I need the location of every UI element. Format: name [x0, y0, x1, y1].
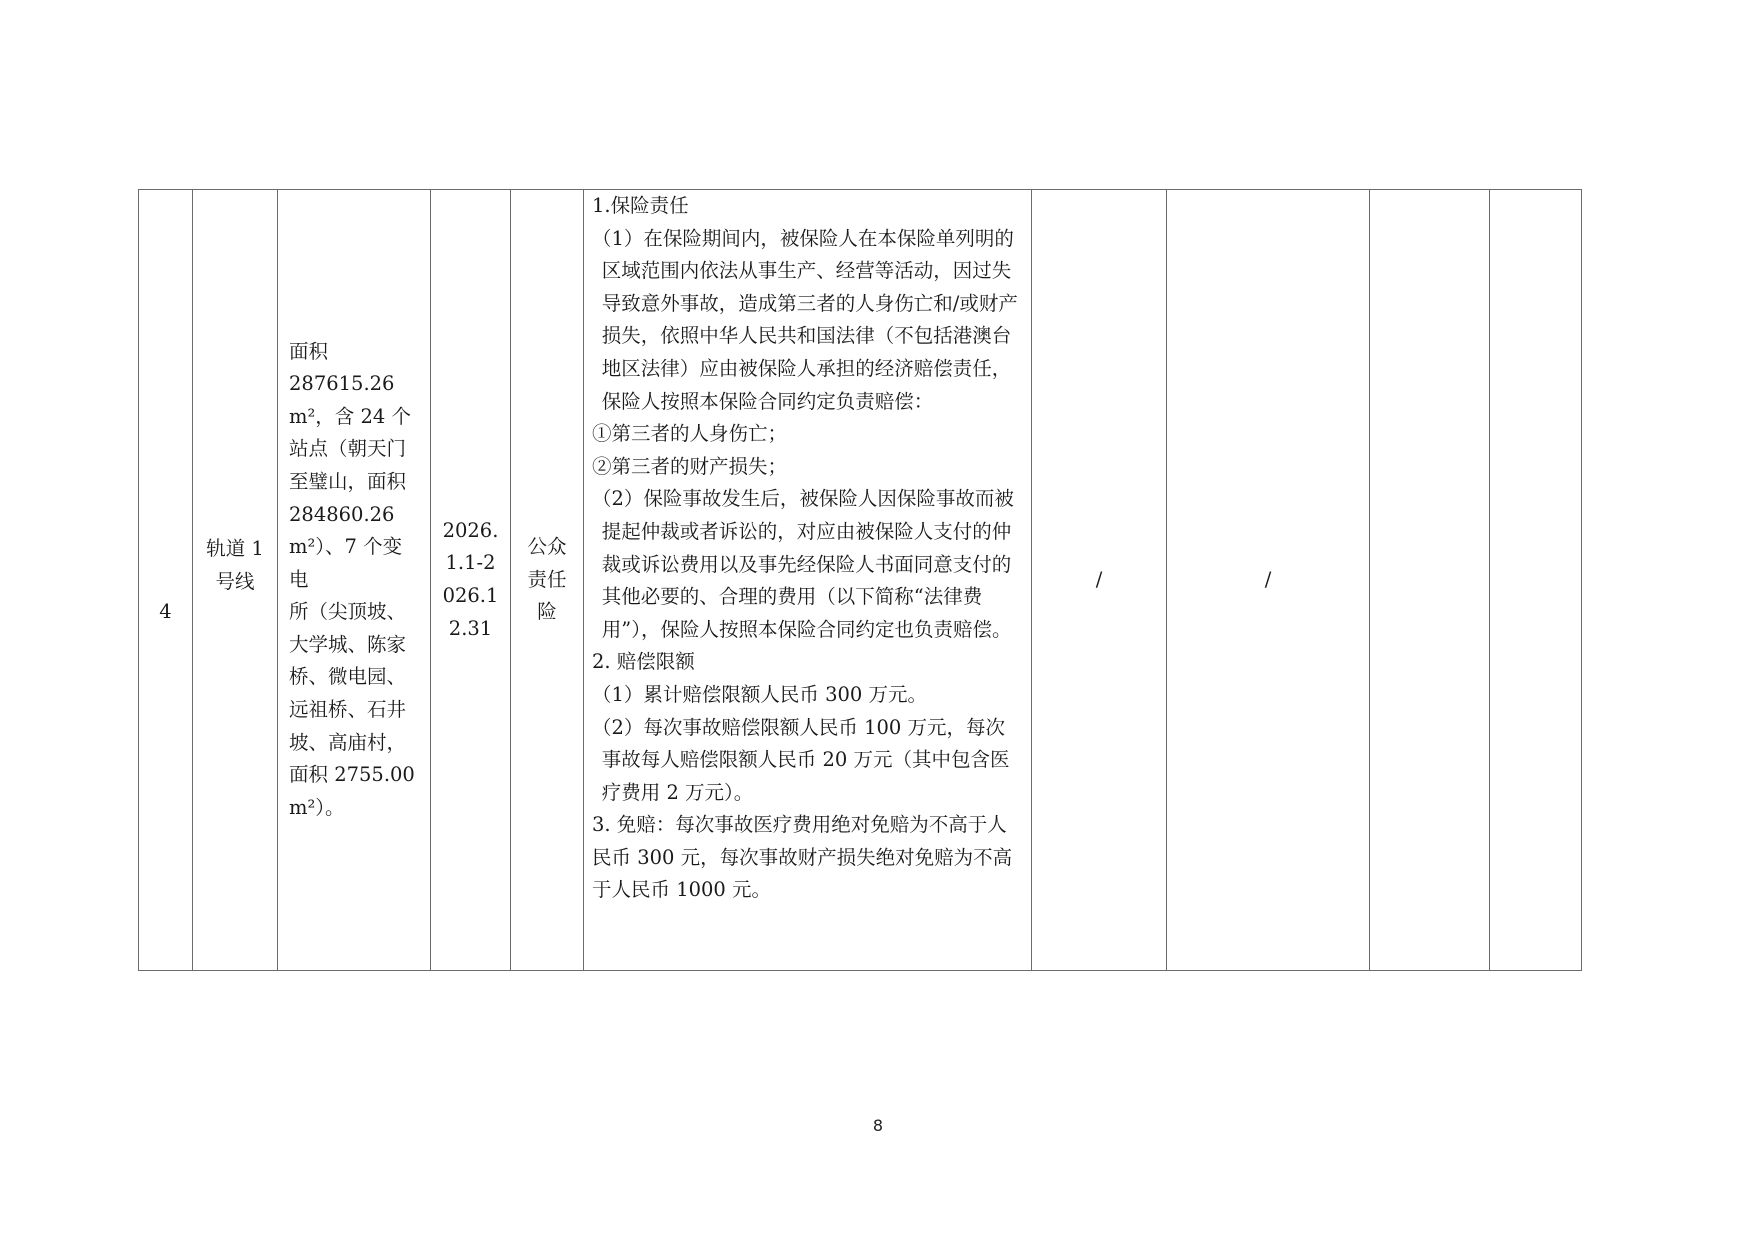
terms-paragraph: （1）在保险期间内，被保险人在本保险单列明的区域范围内依法从事生产、经营等活动，…: [592, 223, 1023, 419]
area-line: m²，含 24 个: [289, 401, 420, 434]
terms-paragraph: 3. 免赔：每次事故医疗费用绝对免赔为不高于人民币 300 元，每次事故财产损失…: [592, 809, 1023, 907]
column-8-cell: /: [1167, 190, 1370, 971]
table-row: 4 轨道 1 号线 面积 287615.26 m²，含 24 个 站点（朝天门 …: [139, 190, 1582, 971]
terms-paragraph: （2）每次事故赔偿限额人民币 100 万元，每次事故每人赔偿限额人民币 20 万…: [592, 712, 1023, 810]
area-line: 面积 2755.00: [289, 759, 420, 792]
insurance-period-cell: 2026. 1.1-2 026.1 2.31: [431, 190, 511, 971]
area-line: 面积: [289, 336, 420, 369]
terms-item: ①第三者的人身伤亡；: [592, 418, 1023, 451]
terms-item: ②第三者的财产损失；: [592, 451, 1023, 484]
project-name-line-2: 号线: [193, 566, 277, 599]
insurance-table: 4 轨道 1 号线 面积 287615.26 m²，含 24 个 站点（朝天门 …: [138, 189, 1582, 971]
project-name-cell: 轨道 1 号线: [193, 190, 278, 971]
terms-paragraph: （2）保险事故发生后，被保险人因保险事故而被提起仲裁或者诉讼的，对应由被保险人支…: [592, 483, 1023, 646]
not-applicable-mark: /: [1096, 568, 1103, 591]
period-line: 2.31: [435, 613, 506, 646]
row-index: 4: [139, 596, 192, 629]
document-page: 4 轨道 1 号线 面积 287615.26 m²，含 24 个 站点（朝天门 …: [0, 0, 1754, 1241]
period-line: 026.1: [435, 580, 506, 613]
area-line: 大学城、陈家: [289, 629, 420, 662]
type-line: 公众: [523, 531, 571, 564]
period-line: 2026.: [435, 515, 506, 548]
area-line: m²）。: [289, 792, 420, 825]
not-applicable-mark: /: [1265, 568, 1272, 591]
column-7-cell: /: [1032, 190, 1167, 971]
type-line: 险: [523, 596, 571, 629]
project-name-line-1: 轨道 1: [193, 533, 277, 566]
row-index-cell: 4: [139, 190, 193, 971]
area-line: 284860.26: [289, 499, 420, 532]
area-line: 站点（朝天门: [289, 433, 420, 466]
area-line: 至璧山，面积: [289, 466, 420, 499]
column-10-cell: [1490, 190, 1582, 971]
page-number: 8: [868, 1116, 888, 1135]
insured-area-cell: 面积 287615.26 m²，含 24 个 站点（朝天门 至璧山，面积 284…: [278, 190, 431, 971]
type-line: 责任: [523, 564, 571, 597]
area-line: 坡、高庙村，: [289, 727, 420, 760]
terms-heading: 2. 赔偿限额: [592, 646, 1023, 679]
terms-paragraph: （1）累计赔偿限额人民币 300 万元。: [592, 679, 1023, 712]
area-line: 桥、微电园、: [289, 661, 420, 694]
area-line: 所（尖顶坡、: [289, 596, 420, 629]
area-line: 287615.26: [289, 368, 420, 401]
terms-heading: 1.保险责任: [592, 190, 1023, 223]
area-line: 远祖桥、石井: [289, 694, 420, 727]
area-line: m²）、7 个变电: [289, 531, 420, 596]
coverage-terms-cell: 1.保险责任 （1）在保险期间内，被保险人在本保险单列明的区域范围内依法从事生产…: [584, 190, 1032, 971]
period-line: 1.1-2: [435, 547, 506, 580]
insurance-type-cell: 公众 责任 险: [511, 190, 584, 971]
column-9-cell: [1370, 190, 1490, 971]
